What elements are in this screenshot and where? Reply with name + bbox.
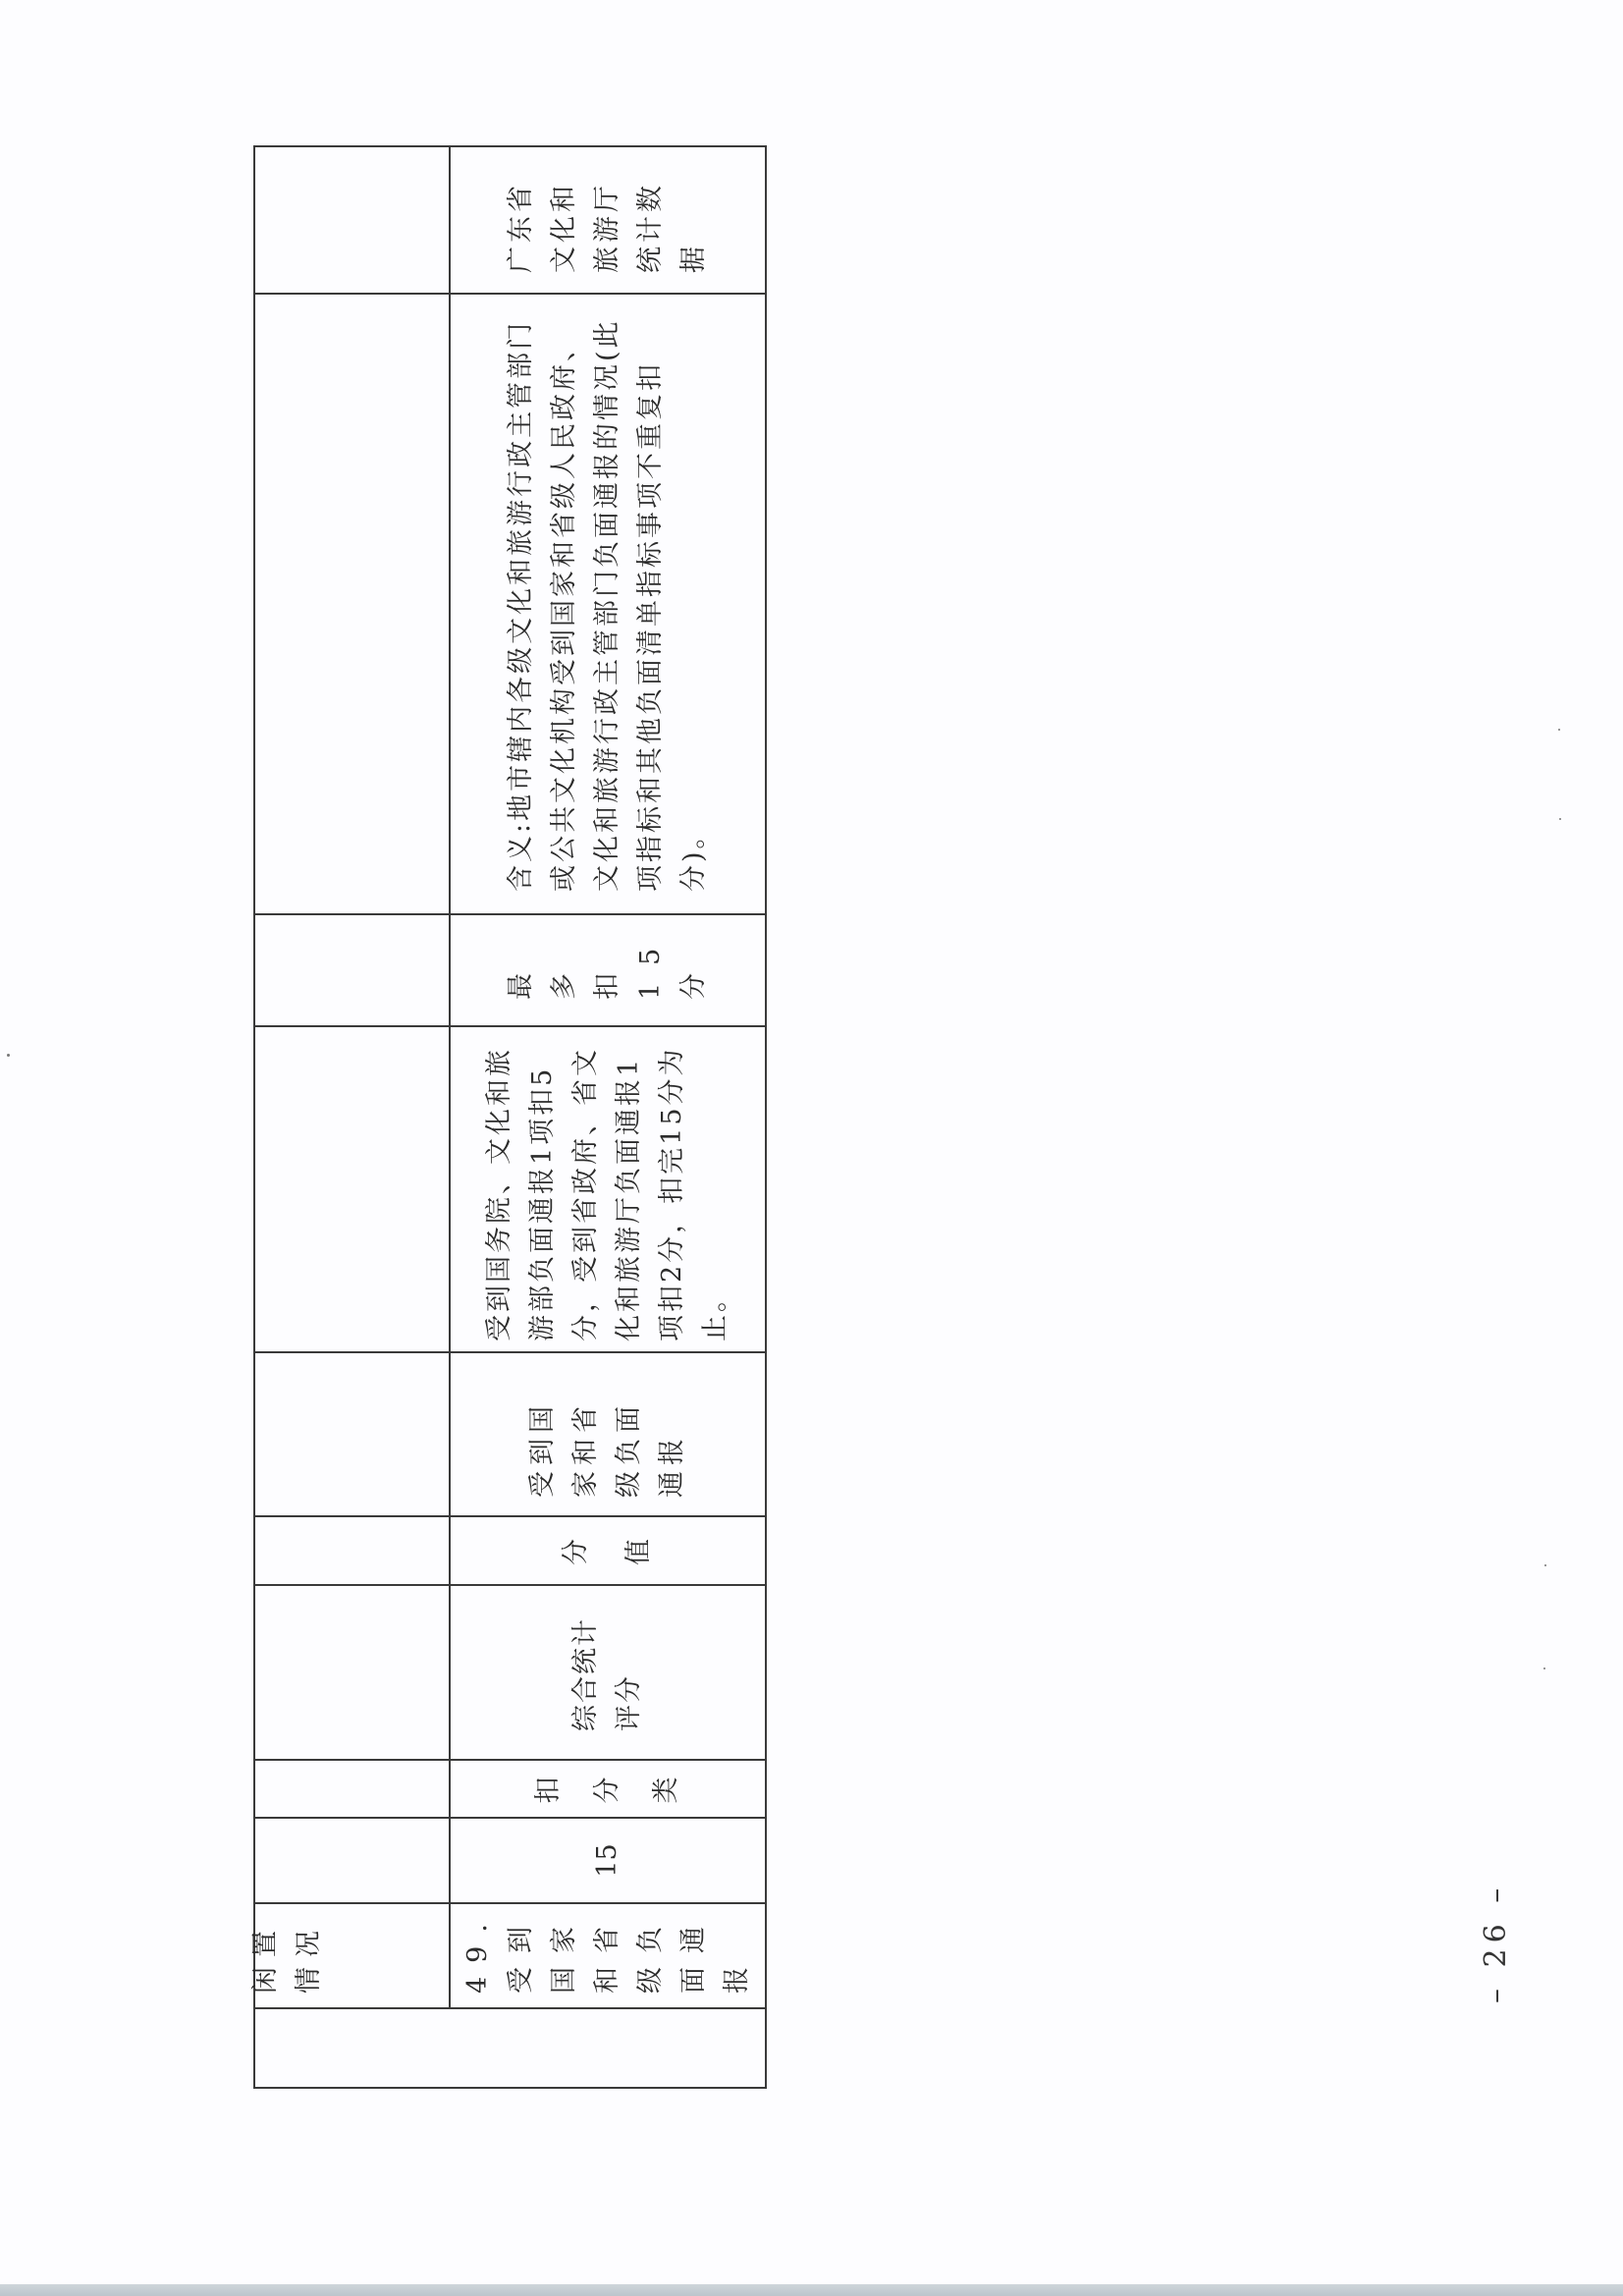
- table-row-item-49: 49.受到国家和省级负面通报 15 扣分类 综合统计评分 分值 受到国家和省级负…: [450, 146, 766, 2088]
- cell-blank: [254, 1352, 450, 1516]
- rotated-table-container: 闲置情况 49.受到国家和省级负面通报 15 扣分类 综合统计评分 分值 受到国…: [253, 147, 692, 2089]
- scan-speck: [1558, 729, 1560, 731]
- cell-score-label: 分值: [450, 1516, 766, 1585]
- cell-method: 综合统计评分: [450, 1585, 766, 1760]
- cell-max-deduction: 最多扣15分: [450, 914, 766, 1026]
- indicator-text: 49.受到国家和省级负面通报: [457, 1910, 759, 1994]
- cell-blank: [254, 146, 450, 294]
- cell-category: 扣分类: [450, 1760, 766, 1818]
- cell-blank: [254, 1026, 450, 1352]
- scan-speck: [1543, 1667, 1545, 1669]
- evaluation-table: 闲置情况 49.受到国家和省级负面通报 15 扣分类 综合统计评分 分值 受到国…: [253, 145, 767, 2089]
- cell-blank: [254, 1516, 450, 1585]
- cell-blank: [254, 914, 450, 1026]
- merged-blank-cell: [254, 2008, 766, 2088]
- cell-blank: [254, 1818, 450, 1903]
- cell-data-source: 广东省文化和旅游厅统计数据: [450, 146, 766, 294]
- table-row-previous: 闲置情况: [254, 146, 450, 2088]
- scan-speck: [7, 1054, 10, 1057]
- cell-blank: [254, 1585, 450, 1760]
- cell-blank: [254, 294, 450, 914]
- page-number: – 26 –: [1479, 1883, 1513, 2003]
- cell-indicator: 49.受到国家和省级负面通报: [450, 1903, 766, 2008]
- cell-blank: [254, 1760, 450, 1818]
- cell-definition: 含义:地市辖内各级文化和旅游行政主管部门或公共文化机构受到国家和省级人民政府、文…: [450, 294, 766, 914]
- cell-criteria: 受到国务院、文化和旅游部负面通报1项扣5分，受到省政府、省文化和旅游厅负面通报1…: [450, 1026, 766, 1352]
- scan-speck: [1559, 818, 1561, 820]
- scan-edge-band: [0, 2284, 1623, 2296]
- cell-idle-status: 闲置情况: [254, 1903, 450, 2008]
- scan-speck: [1544, 1564, 1546, 1566]
- cell-item: 受到国家和省级负面通报: [450, 1352, 766, 1516]
- cell-weight: 15: [450, 1818, 766, 1903]
